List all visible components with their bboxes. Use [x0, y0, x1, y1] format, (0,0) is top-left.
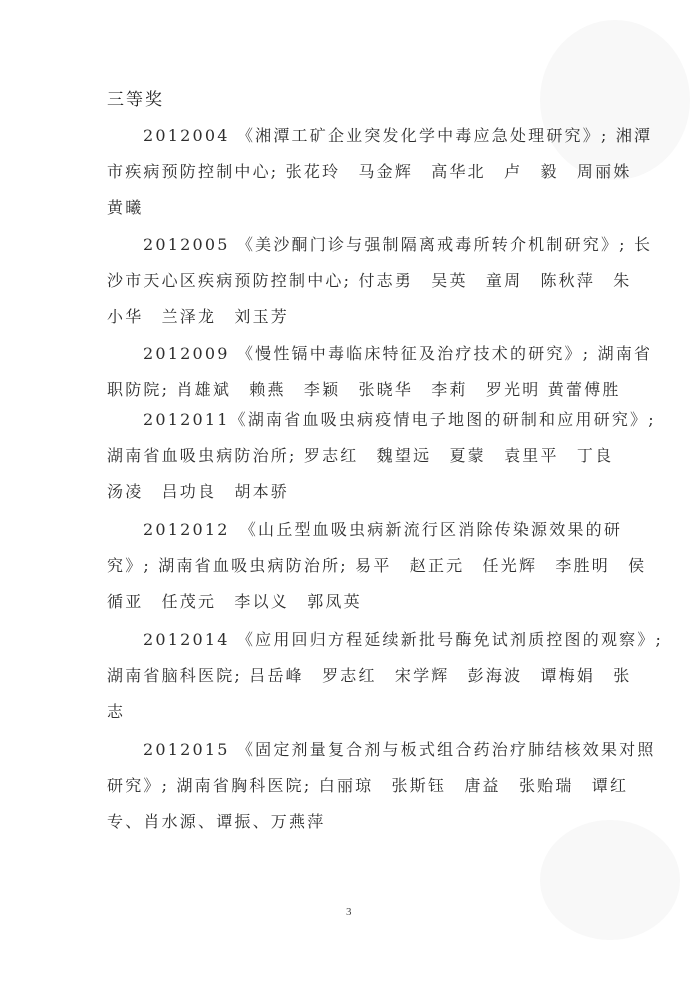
award-entry-line: 循亚 任茂元 李以义 郭凤英 [107, 592, 662, 612]
award-entry-line: 志 [107, 702, 662, 722]
scan-smudge [540, 820, 680, 940]
award-entry-line: 2012015 《固定剂量复合剂与板式组合药治疗肺结核效果对照 [143, 740, 698, 760]
award-entry-line: 研究》; 湖南省胸科医院; 白丽琼 张斯钰 唐益 张贻瑞 谭红 [107, 776, 662, 796]
page-number: 3 [346, 906, 352, 918]
award-entry-line: 究》; 湖南省血吸虫病防治所; 易平 赵正元 任光辉 李胜明 侯 [107, 556, 662, 576]
award-entry-line: 市疾病预防控制中心; 张花玲 马金辉 高华北 卢 毅 周丽姝 [107, 162, 662, 182]
section-heading: 三等奖 [107, 85, 164, 110]
scan-smudge [540, 20, 690, 180]
award-entry-line: 2012004 《湘潭工矿企业突发化学中毒应急处理研究》; 湘潭 [143, 126, 663, 146]
award-entry-line: 专、肖水源、谭振、万燕萍 [107, 812, 662, 832]
award-entry-line: 2012009 《慢性镉中毒临床特征及治疗技术的研究》; 湖南省 [143, 344, 698, 364]
award-entry-line: 湖南省脑科医院; 吕岳峰 罗志红 宋学辉 彭海波 谭梅娟 张 [107, 666, 662, 686]
award-entry-line: 汤凌 吕功良 胡本骄 [107, 482, 662, 502]
award-entry-line: 2012012 《山丘型血吸虫病新流行区消除传染源效果的研 [143, 520, 698, 540]
award-entry-line: 沙市天心区疾病预防控制中心; 付志勇 吴英 童周 陈秋萍 朱 [107, 271, 662, 291]
award-entry-line: 2012011《湖南省血吸虫病疫情电子地图的研制和应用研究》; [143, 410, 698, 430]
award-entry-line: 湖南省血吸虫病防治所; 罗志红 魏望远 夏蒙 袁里平 丁良 [107, 446, 662, 466]
award-entry-line: 职防院; 肖雄斌 赖燕 李颖 张晓华 李莉 罗光明 黄蕾傅胜 [107, 380, 662, 400]
award-entry-line: 2012014 《应用回归方程延续新批号酶免试剂质控图的观察》; [143, 630, 698, 650]
award-entry-line: 2012005 《美沙酮门诊与强制隔离戒毒所转介机制研究》; 长 [143, 235, 698, 255]
award-entry-line: 黄曦 [107, 198, 662, 218]
document-page: 三等奖 2012004 《湘潭工矿企业突发化学中毒应急处理研究》; 湘潭 市疾病… [0, 0, 700, 990]
award-entry-line: 小华 兰泽龙 刘玉芳 [107, 307, 662, 327]
